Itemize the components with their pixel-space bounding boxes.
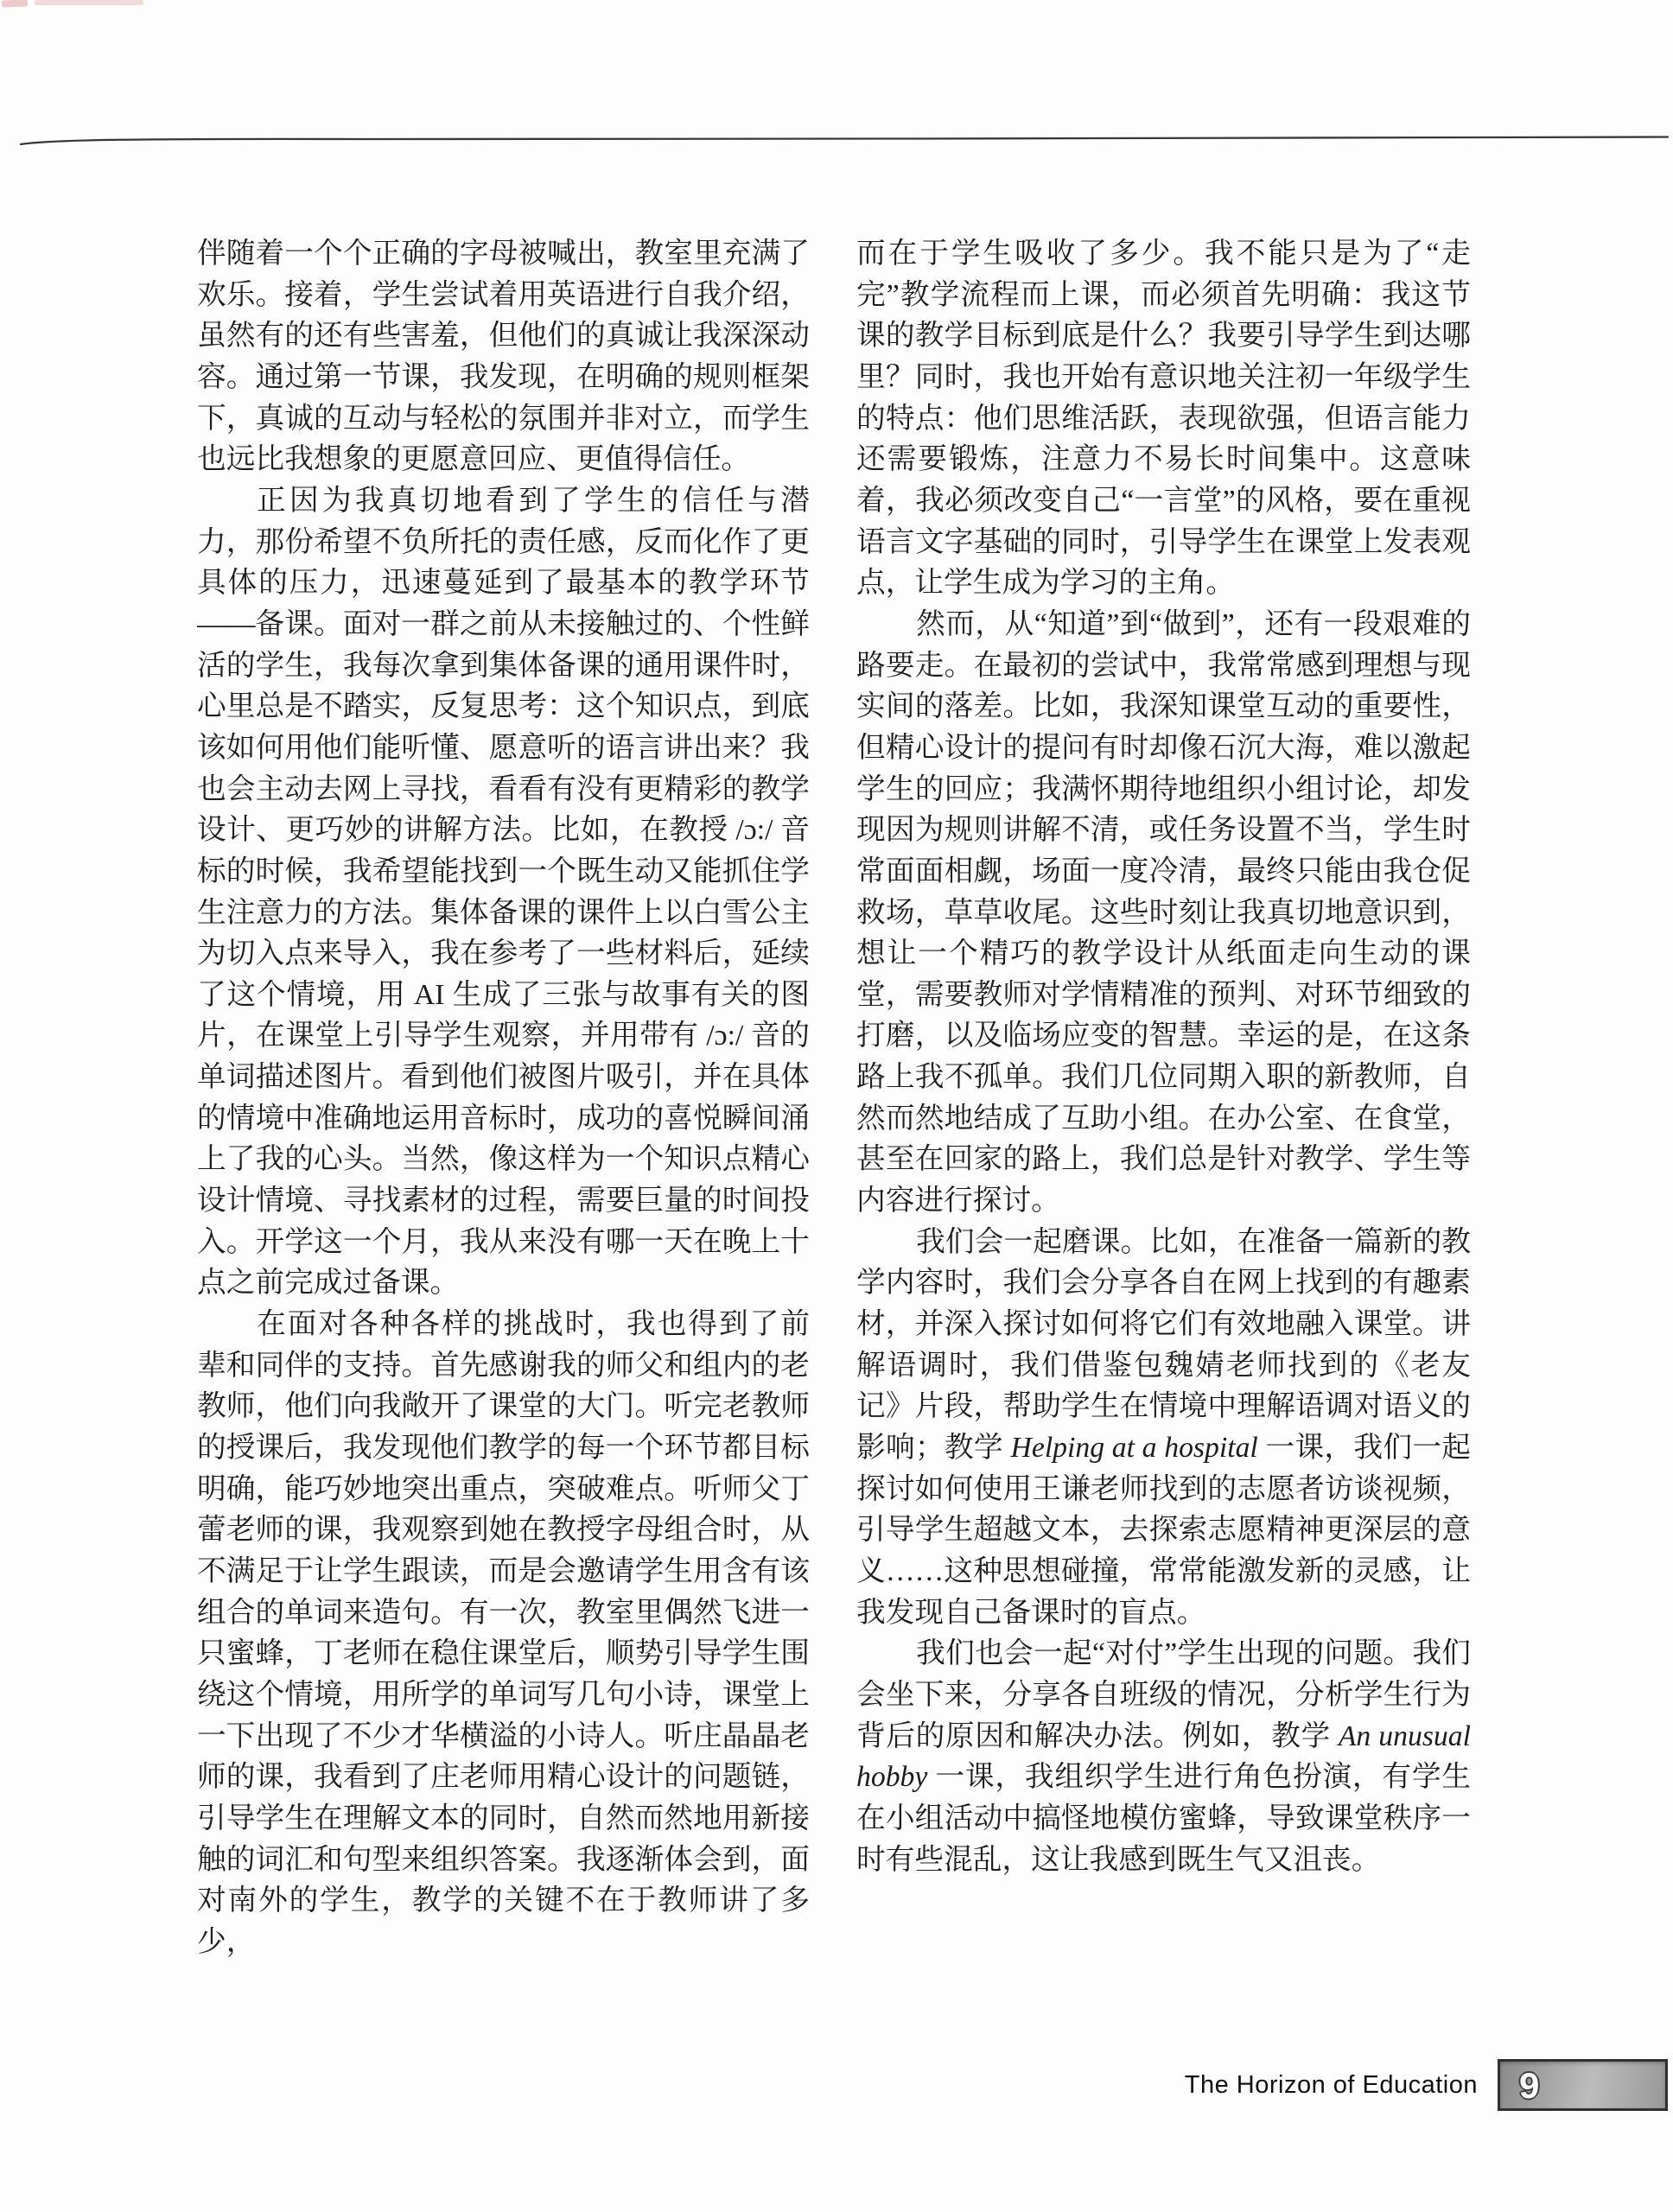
text-run: 一课，我组织学生进行角色扮演，有学生在小组活动中搞怪地模仿蜜蜂，导致课堂秩序一时… <box>856 1761 1471 1875</box>
article-column-right: 而在于学生吸收了多少。我不能只是为了“走完”教学流程而上课，而必须首先明确：我这… <box>856 233 1471 1974</box>
paragraph: 我们也会一起“对付”学生出现的问题。我们会坐下来，分享各自班级的情况，分析学生行… <box>856 1633 1471 1880</box>
text-run: 在面对各种各样的挑战时，我也得到了前辈和同伴的支持。首先感谢我的师父和组内的老教… <box>197 1308 810 1958</box>
paragraph: 我们会一起磨课。比如，在准备一篇新的教学内容时，我们会分享各自在网上找到的有趣素… <box>856 1222 1471 1634</box>
paragraph: 在面对各种各样的挑战时，我也得到了前辈和同伴的支持。首先感谢我的师父和组内的老教… <box>197 1304 810 1963</box>
text-run: 而在于学生吸收了多少。我不能只是为了“走完”教学流程而上课，而必须首先明确：我这… <box>856 238 1471 599</box>
paragraph: 而在于学生吸收了多少。我不能只是为了“走完”教学流程而上课，而必须首先明确：我这… <box>856 233 1471 604</box>
english-italic-text: Helping at a hospital <box>1011 1432 1258 1464</box>
paragraph: 伴随着一个个正确的字母被喊出，教室里充满了欢乐。接着，学生尝试着用英语进行自我介… <box>197 233 810 480</box>
text-run: 伴随着一个个正确的字母被喊出，教室里充满了欢乐。接着，学生尝试着用英语进行自我介… <box>197 238 810 475</box>
text-run: 正因为我真切地看到了学生的信任与潜力，那份希望不负所托的责任感，反而化作了更具体… <box>197 485 810 1299</box>
header-rule <box>0 104 1673 173</box>
scan-mark <box>2 0 28 8</box>
journal-title: The Horizon of Education <box>1185 2067 1478 2103</box>
page-footer: The Horizon of Education 9 <box>0 2059 1673 2113</box>
paragraph: 正因为我真切地看到了学生的信任与潜力，那份希望不负所托的责任感，反而化作了更具体… <box>197 480 810 1304</box>
page-number-box: 9 <box>1498 2059 1668 2111</box>
scan-mark <box>35 0 143 5</box>
text-run: 我们会一起磨课。比如，在准备一篇新的教学内容时，我们会分享各自在网上找到的有趣素… <box>856 1226 1471 1464</box>
magazine-page: 伴随着一个个正确的字母被喊出，教室里充满了欢乐。接着，学生尝试着用英语进行自我介… <box>0 0 1673 2212</box>
page-number: 9 <box>1519 2063 1539 2108</box>
text-run: 然而，从“知道”到“做到”，还有一段艰难的路要走。在最初的尝试中，我常常感到理想… <box>856 608 1471 1217</box>
paragraph: 然而，从“知道”到“做到”，还有一段艰难的路要走。在最初的尝试中，我常常感到理想… <box>856 604 1471 1222</box>
article-column-left: 伴随着一个个正确的字母被喊出，教室里充满了欢乐。接着，学生尝试着用英语进行自我介… <box>197 233 810 1974</box>
